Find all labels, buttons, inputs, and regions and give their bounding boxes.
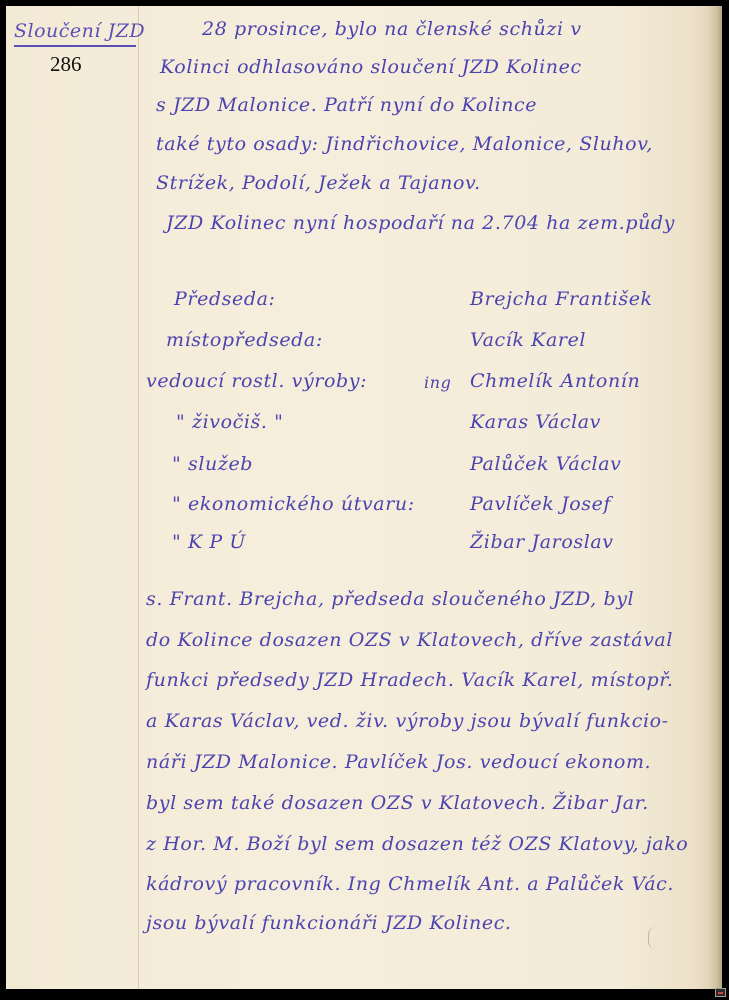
roster-name: Chmelík Antonín [470,370,640,392]
intro-line: JZD Kolinec nyní hospodaří na 2.704 ha z… [166,212,675,234]
roster-row: " služeb Palůček Václav [6,453,722,483]
narrative-line: kádrový pracovník. Ing Chmelík Ant. a Pa… [146,873,674,895]
roster-role: Předseda: [174,288,276,310]
intro-line: 28 prosince, bylo na členské schůzi v [202,18,582,40]
roster-row: vedoucí rostl. výroby: ing Chmelík Anton… [6,370,722,400]
roster-row: místopředseda: Vacík Karel [6,329,722,359]
minimize-icon[interactable] [715,988,726,997]
page-number: 286 [50,52,82,77]
roster-row: Předseda: Brejcha František [6,288,722,318]
narrative-line: jsou bývalí funkcionáři JZD Kolinec. [146,912,512,934]
narrative-line: funkci předsedy JZD Hradech. Vacík Karel… [146,669,674,691]
pencil-mark [648,926,657,950]
narrative-line: náři JZD Malonice. Pavlíček Jos. vedoucí… [146,751,651,773]
intro-line: Strížek, Podolí, Ježek a Tajanov. [156,172,481,194]
roster-row: " ekonomického útvaru: Pavlíček Josef [6,493,722,523]
narrative-line: s. Frant. Brejcha, předseda sloučeného J… [146,588,634,610]
narrative-line: byl sem také dosazen OZS v Klatovech. Ži… [146,792,649,814]
roster-role: " živočiš. " [176,411,284,433]
narrative-line: a Karas Václav, ved. živ. výroby jsou bý… [146,710,669,732]
intro-line: také tyto osady: Jindřichovice, Malonice… [156,133,653,155]
roster-name: Vacík Karel [470,329,586,351]
roster-name: Karas Václav [470,411,601,433]
roster-row: " živočiš. " Karas Václav [6,411,722,441]
narrative-line: z Hor. M. Boží byl sem dosazen též OZS K… [146,833,688,855]
intro-line: s JZD Malonice. Patří nyní do Kolince [156,94,537,116]
roster-name: Palůček Václav [470,453,622,475]
roster-prefix: ing [424,373,451,392]
intro-line: Kolinci odhlasováno sloučení JZD Kolinec [160,56,582,78]
roster-role: " ekonomického útvaru: [172,493,415,515]
roster-row: " K P Ú Žibar Jaroslav [6,531,722,561]
roster-role: místopředseda: [166,329,323,351]
roster-role: vedoucí rostl. výroby: [146,370,367,392]
roster-name: Brejcha František [470,288,653,310]
roster-name: Pavlíček Josef [470,493,611,515]
roster-role: " K P Ú [172,531,246,553]
roster-name: Žibar Jaroslav [470,531,614,553]
narrative-line: do Kolince dosazen OZS v Klatovech, dřív… [146,629,673,651]
roster-role: " služeb [172,453,253,475]
margin-heading: Sloučení JZD [14,20,136,47]
chronicle-page: Sloučení JZD 286 28 prosince, bylo na čl… [6,6,722,989]
